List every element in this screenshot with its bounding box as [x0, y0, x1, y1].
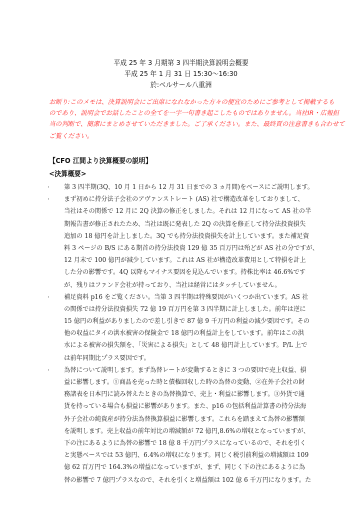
line-text: 追加の 18 億円を計上しました。3Q でも持分法投資損失を計上しています。また… — [64, 231, 309, 243]
paragraph-line: 水による被害の損失額を、「災害による損失」として 48 億円計上しています。P/… — [44, 340, 314, 352]
line-text: が、残りはファンド会社が持っており、当社は経営にはタッチしていません。 — [64, 280, 281, 292]
paragraph-line: 億 62 百万円で 164.3%の増益になっていますが、まず、同じく下の注にある… — [44, 462, 314, 474]
paragraph-line: 当社はその関係で 12 月に 2Q 決算の修正をしました。それは 12 月になっ… — [44, 206, 314, 218]
paragraph-line: 務諸表を日本円に読み替えたときの為替換算で、売上・利益に影響します。③外貨で通 — [44, 389, 314, 401]
line-text: 料 3 ページの B/S にある期首の持分法投資 129 億 35 百万円は殆ど… — [64, 243, 319, 255]
line-text: 益に影響します。①商品を売った時と債権回収した時の為替の変動、②在外子会社の財 — [64, 377, 305, 389]
paragraph-line: 替の影響で 7 億円プラスなので、それを引くと増益額は 102 億 6 千万円に… — [44, 475, 314, 487]
section-heading: 【CFO 江間より決算概要の説明】 — [49, 155, 152, 167]
bullet-paragraph-line: ・第 3 四半期(3Q、10 月 1 日から 12 月 31 日までの 3 ヵ月… — [44, 182, 314, 194]
line-text: 為替について説明します。まず為替レートが変動するときに 3 つの要因で売上収益、… — [64, 365, 306, 377]
line-text: を説明します。売上収益の前年対比の増減額が 72 億円,8.6%の増収となってい… — [64, 426, 310, 438]
paragraph-line: 益に影響します。①商品を売った時と債権回収した時の為替の変動、②在外子会社の財 — [44, 377, 314, 389]
disclaimer-notice: お断り:このメモは、決算説明会にご出席になれなかった方々の便宜のためにご参考とし… — [49, 97, 311, 142]
disclaimer-line: ご覧ください。 — [49, 131, 311, 142]
line-text: 期報告書が修正されたため、当社は既に発表した 2Q の決算を修正して持分法投資損… — [64, 219, 306, 231]
line-text: 貨を持っている場合も損益に影響があります。また、p16 の包括利益計算書の持分法… — [64, 401, 306, 413]
bullet-paragraph-line: ・為替について説明します。まず為替レートが変動するときに 3 つの要因で売上収益… — [44, 365, 314, 377]
paragraph-line: 貨を持っている場合も損益に影響があります。また、p16 の包括利益計算書の持分法… — [44, 401, 314, 413]
document-header: 平成 25 年 3 月期第 3 四半期決算説明会概要 平成 25 年 1 月 3… — [0, 58, 362, 91]
paragraph-line: 他の収益にタイの洪水被害の保険金で 18 億円の利益計上をしています。前年はこの… — [44, 328, 314, 340]
line-text: と実態ベースでは 53 億円、6.4%の増収になります。同じく税引前利益の増減額… — [64, 450, 309, 462]
line-text: まず初めに持分法子会社のアヴァンストレート (AS) 社で構造改革をしておりまし… — [64, 194, 304, 206]
event-venue: 於:ベルサール八重洲 — [0, 80, 362, 91]
line-text: 水による被害の損失額を、「災害による損失」として 48 億円計上しています。P/… — [64, 340, 307, 352]
bullet-paragraph-line: ・まず初めに持分法子会社のアヴァンストレート (AS) 社で構造改革をしておりま… — [44, 194, 314, 206]
line-text: 当社はその関係で 12 月に 2Q 決算の修正をしました。それは 12 月になっ… — [64, 206, 311, 218]
paragraph-line: 外子会社の純資産が持分法為替換算損益に影響します。これらを踏まえて為替の影響額 — [44, 414, 314, 426]
paragraph-line: の関係では持分法投資損失 72 億 19 百万円を第 3 四半期に計上しました。… — [44, 304, 314, 316]
paragraph-line: は前年同期比プラス要因です。 — [44, 353, 314, 365]
bullet-paragraph-line: ・補足資料 p16 をご覧ください。当第 3 四半期は特殊要因がいくつか出ていま… — [44, 292, 314, 304]
line-text: は前年同期比プラス要因です。 — [64, 353, 150, 365]
line-text: 15 億円の利益がありましたので差し引きで 87 億 9 千万円の利益の減少要因… — [64, 316, 310, 328]
paragraph-line: 料 3 ページの B/S にある期首の持分法投資 129 億 35 百万円は殆ど… — [44, 243, 314, 255]
paragraph-line: 期報告書が修正されたため、当社は既に発表した 2Q の決算を修正して持分法投資損… — [44, 219, 314, 231]
line-text: 億 62 百万円で 164.3%の増益になっていますが、まず、同じく下の注にある… — [64, 462, 305, 474]
paragraph-line: 15 億円の利益がありましたので差し引きで 87 億 9 千万円の利益の減少要因… — [44, 316, 314, 328]
event-datetime: 平成 25 年 1 月 31 日 15:30〜16:30 — [0, 69, 362, 80]
document-page: 平成 25 年 3 月期第 3 四半期決算説明会概要 平成 25 年 1 月 3… — [0, 0, 362, 512]
disclaimer-line: のであり、説明会でお話したことの全てを一字一句書き起こしたものではありません。当… — [49, 108, 311, 119]
paragraph-line: 12 月末で 100 億円が減少しています。これは AS 社が構造改革費用として… — [44, 255, 314, 267]
line-text: 他の収益にタイの洪水被害の保険金で 18 億円の利益計上をしています。前年はこの… — [64, 328, 304, 340]
body-text: ・第 3 四半期(3Q、10 月 1 日から 12 月 31 日までの 3 ヵ月… — [44, 182, 314, 487]
paragraph-line: を説明します。売上収益の前年対比の増減額が 72 億円,8.6%の増収となってい… — [44, 426, 314, 438]
line-text: 替の影響で 7 億円プラスなので、それを引くと増益額は 102 億 6 千万円に… — [64, 475, 311, 487]
bullet-icon: ・ — [46, 194, 51, 206]
bullet-icon: ・ — [46, 182, 51, 194]
section-subheading: <決算概要> — [49, 168, 86, 180]
line-text: 第 3 四半期(3Q、10 月 1 日から 12 月 31 日までの 3 ヵ月間… — [64, 182, 314, 194]
paragraph-line: した分の影響です。4Q 以降もマイナス要因を見込んでいます。持株比率は 46.6… — [44, 267, 314, 279]
line-text: 外子会社の純資産が持分法為替換算損益に影響します。これらを踏まえて為替の影響額 — [64, 414, 305, 426]
line-text: 下の注にあるように為替の影響で 18 億 8 千万円プラスになっているので、それ… — [64, 438, 306, 450]
paragraph-line: が、残りはファンド会社が持っており、当社は経営にはタッチしていません。 — [44, 280, 314, 292]
paragraph-line: と実態ベースでは 53 億円、6.4%の増収になります。同じく税引前利益の増減額… — [44, 450, 314, 462]
paragraph-line: 下の注にあるように為替の影響で 18 億 8 千万円プラスになっているので、それ… — [44, 438, 314, 450]
line-text: した分の影響です。4Q 以降もマイナス要因を見込んでいます。持株比率は 46.6… — [64, 267, 306, 279]
paragraph-line: 追加の 18 億円を計上しました。3Q でも持分法投資損失を計上しています。また… — [44, 231, 314, 243]
document-title: 平成 25 年 3 月期第 3 四半期決算説明会概要 — [0, 58, 362, 69]
bullet-icon: ・ — [46, 365, 51, 377]
disclaimer-line: 当の判断で、簡潔にまとめさせていただきました。ご了承ください。また、最終頁の注意… — [49, 119, 311, 130]
line-text: 務諸表を日本円に読み替えたときの為替換算で、売上・利益に影響します。③外貨で通 — [64, 389, 305, 401]
bullet-icon: ・ — [46, 292, 51, 304]
line-text: 補足資料 p16 をご覧ください。当第 3 四半期は特殊要因がいくつか出ています… — [64, 292, 308, 304]
line-text: の関係では持分法投資損失 72 億 19 百万円を第 3 四半期に計上しました。… — [64, 304, 306, 316]
line-text: 12 月末で 100 億円が減少しています。これは AS 社が構造改革費用として… — [64, 255, 306, 267]
disclaimer-line: お断り:このメモは、決算説明会にご出席になれなかった方々の便宜のためにご参考とし… — [49, 97, 311, 108]
